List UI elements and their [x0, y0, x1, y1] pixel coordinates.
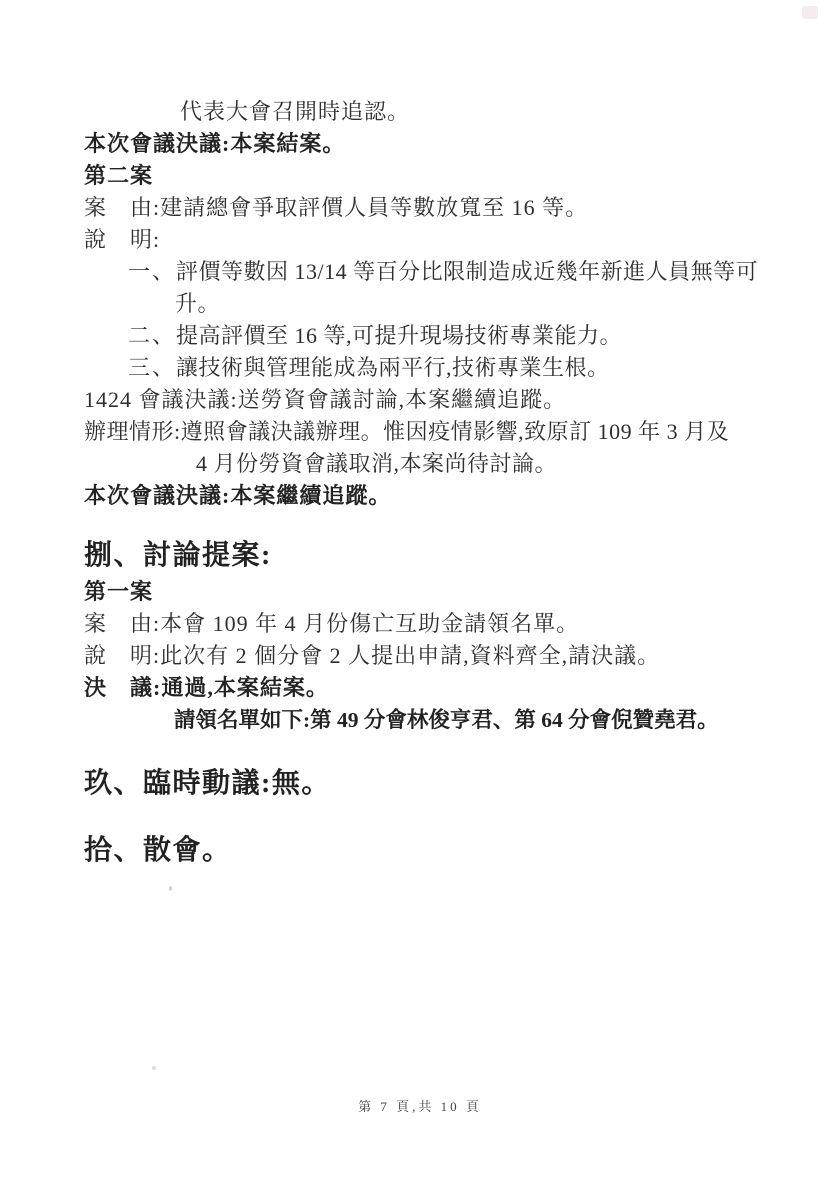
- item-1-marker: 一、: [128, 259, 176, 284]
- case2-handling-status: 辦理情形:遵照會議決議辦理。惟因疫情影響,致原訂 109 年 3 月及4 月份勞…: [84, 416, 772, 480]
- case2-explanation-item-1: 一、評價等數因 13/14 等百分比限制造成近幾年新進人員無等可升。: [84, 256, 772, 320]
- case2-prior-decision-line: 1424 會議決議:送勞資會議討論,本案繼續追蹤。: [84, 384, 772, 416]
- handling-line-1: 辦理情形:遵照會議決議辦理。惟因疫情影響,致原訂 109 年 3 月及: [84, 416, 772, 448]
- document-content: 代表大會召開時追認。 本次會議決議:本案結案。 第二案 案 由:建請總會爭取評價…: [84, 96, 772, 871]
- case2-explanation-label: 說 明:: [84, 224, 772, 256]
- scan-artifact-smudge: [802, 6, 818, 19]
- case2-subject-line: 案 由:建請總會爭取評價人員等數放寬至 16 等。: [84, 192, 772, 224]
- case2-explanation-item-3: 三、讓技術與管理能成為兩平行,技術專業生根。: [84, 352, 772, 384]
- handling-line-2: 4 月份勞資會議取消,本案尚待討論。: [84, 448, 772, 480]
- item-1-text-wrapped: 升。: [175, 288, 772, 320]
- item-2-text: 提高評價至 16 等,可提升現場技術專業能力。: [176, 323, 622, 348]
- case2-explanation-item-2: 二、提高評價至 16 等,可提升現場技術專業能力。: [84, 320, 772, 352]
- case1-resolution-line: 決 議:通過,本案結案。: [84, 672, 772, 704]
- case2-title: 第二案: [84, 160, 772, 192]
- case1-explanation-line: 說 明:此次有 2 個分會 2 人提出申請,資料齊全,請決議。: [84, 640, 772, 672]
- scan-artifact-dot: [169, 886, 172, 891]
- item-3-marker: 三、: [128, 355, 176, 380]
- case2-decision-line: 本次會議決議:本案繼續追蹤。: [84, 480, 772, 512]
- carryover-decision-line: 本次會議決議:本案結案。: [84, 128, 772, 160]
- page-number-footer: 第 7 頁,共 10 頁: [0, 1096, 840, 1115]
- case1-recipient-list-line: 請領名單如下:第 49 分會林俊亨君、第 64 分會倪贊堯君。: [84, 704, 772, 736]
- item-3-text: 讓技術與管理能成為兩平行,技術專業生根。: [176, 355, 610, 380]
- item-1-text: 評價等數因 13/14 等百分比限制造成近幾年新進人員無等可: [176, 259, 758, 284]
- section-8-heading: 捌、討論提案:: [84, 536, 772, 576]
- scanned-document-page: 代表大會召開時追認。 本次會議決議:本案結案。 第二案 案 由:建請總會爭取評價…: [0, 0, 840, 1188]
- case1-subject-line: 案 由:本會 109 年 4 月份傷亡互助金請領名單。: [84, 608, 772, 640]
- item-2-marker: 二、: [128, 323, 176, 348]
- carryover-continuation-line: 代表大會召開時追認。: [84, 96, 772, 128]
- section-9-heading: 玖、臨時動議:無。: [84, 764, 772, 804]
- case1-title: 第一案: [84, 576, 772, 608]
- scan-artifact-dot: [152, 1066, 156, 1070]
- section-10-heading: 拾、散會。: [84, 831, 772, 871]
